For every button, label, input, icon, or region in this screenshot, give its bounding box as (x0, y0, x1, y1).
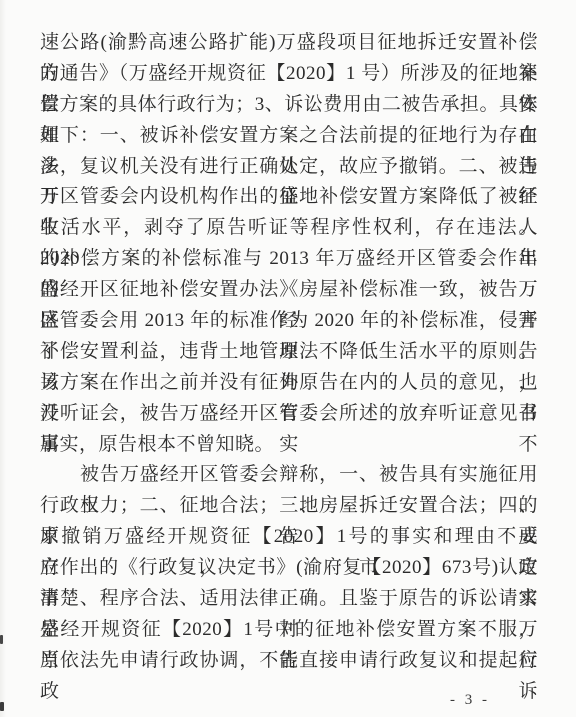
text-line: 开听证会，被告万盛经开区管委会所述的放弃听证意见书事实不 (40, 399, 538, 430)
text-line: 求撤销万盛经开规资征【2020】1号的事实和理由不成立，市政 (40, 522, 538, 553)
text-line: 该方案在作出之前并没有征询原告在内的人员的意见，也没有召 (40, 368, 538, 399)
text-line: 区管委会用 2013 年的标准作为 2020 年的补偿标准，侵害了原告 (40, 306, 538, 337)
body-text: 速公路(渝黔高速公路扩能)万盛段项目征地拆迁安置补偿方案的通告》（万盛经开规资征… (40, 28, 538, 677)
text-line: 法，复议机关没有进行正确认定，故应予撤销。二、被告万盛经 (40, 152, 538, 183)
text-line: 开区管委会内设机构作出的征地补偿安置方案降低了被征收人 (40, 182, 538, 213)
text-line: 速公路(渝黔高速公路扩能)万盛段项目征地拆迁安置补偿方案 (40, 28, 538, 59)
text-line: 行政权力；二、征地合法；三、房屋拆迁安置合法；四、原告要 (40, 491, 538, 522)
text-line: 补偿安置利益，违背土地管理法不降低生活水平的原则。另外， (40, 337, 538, 368)
text-line: 当依法先申请行政协调，不能直接申请行政复议和提起行政诉 (40, 646, 538, 677)
scan-edge-shadow (0, 0, 6, 717)
text-line: 生活水平，剥夺了原告听证等程序性权利，存在违法。2020 年 (40, 213, 538, 244)
text-line: 如下：一、被诉补偿安置方案之合法前提的征地行为存在多处违 (40, 121, 538, 152)
text-line: 清楚、程序合法、适用法律正确。且鉴于原告的诉讼请求是对万 (40, 584, 538, 615)
text-line: 的通告》（万盛经开规资征【2020】1 号）所涉及的征地补偿安 (40, 59, 538, 90)
text-line: 盛经开规资征【2020】1号中的征地补偿安置方案不服，原告应 (40, 615, 538, 646)
document-page: 速公路(渝黔高速公路扩能)万盛段项目征地拆迁安置补偿方案的通告》（万盛经开规资征… (0, 0, 576, 717)
text-line: 盛经开区征地补偿安置办法》房屋补偿标准一致，被告万盛经开 (40, 275, 538, 306)
text-line: 府作出的《行政复议决定书》(渝府复【2020】673号)认定事实 (40, 553, 538, 584)
scan-artifact (0, 635, 3, 644)
text-line: 置方案的具体行政行为；3、诉讼费用由二被告承担。具体理由 (40, 90, 538, 121)
scan-artifact (0, 702, 4, 711)
text-line: 被告万盛经开区管委会辩称，一、被告具有实施征用土地的 (40, 460, 538, 491)
page-number: - 3 - (450, 692, 490, 709)
text-line: 的补偿方案的补偿标准与 2013 年万盛经开区管委会作出的《万 (40, 244, 538, 275)
